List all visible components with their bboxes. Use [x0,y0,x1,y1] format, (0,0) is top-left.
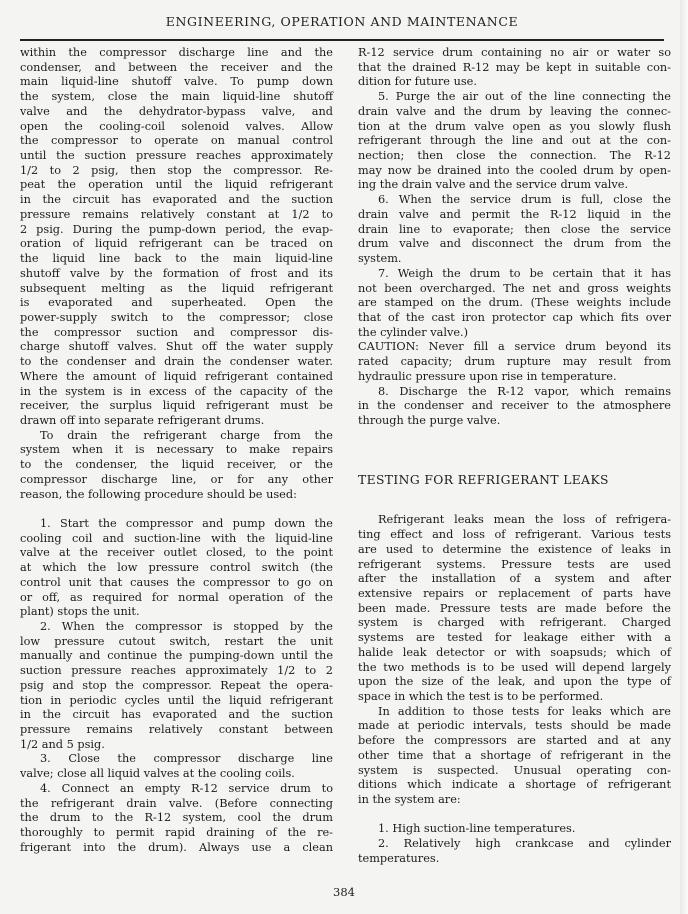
text-line: cooling coil and suction-line with the l… [20,532,333,547]
section-gap [358,487,671,513]
text-line: 1. High suction-line temperatures. [358,822,671,837]
text-line: 3. Close the compressor discharge line [20,752,333,767]
text-line: refrigerant through the line and out at … [358,134,671,149]
text-line: rated capacity; drum rupture may result … [358,355,671,370]
text-line: are stamped on the drum. (These weights … [358,296,671,311]
text-line: in the circuit has evaporated and the su… [20,708,333,723]
text-line: the liquid line back to the main liquid-… [20,252,333,267]
text-line: temperatures. [358,852,671,867]
text-line: thoroughly to permit rapid draining of t… [20,826,333,841]
text-line: reason, the following procedure should b… [20,488,333,503]
text-line: valve at the receiver outlet closed, to … [20,546,333,561]
text-line: ditions which indicate a shortage of ref… [358,778,671,793]
text-line: system when it is necessary to make repa… [20,443,333,458]
text-line: through the purge valve. [358,414,671,429]
text-line: subsequent melting as the liquid refrige… [20,282,333,297]
text-line: the cylinder valve.) [358,326,671,341]
text-line: 1. Start the compressor and pump down th… [20,517,333,532]
text-line: low pressure cutout switch, restart the … [20,635,333,650]
text-line: tion at the drum valve open as you slowl… [358,120,671,135]
text-line: until the suction pressure reaches appro… [20,149,333,164]
text-line: that of the cast iron protector cap whic… [358,311,671,326]
header-rule [20,39,664,41]
page-edge-shadow [680,0,688,914]
text-line: open the cooling-coil solenoid valves. A… [20,120,333,135]
text-line: 1/2 and 5 psig. [20,738,333,753]
text-line: in the system are: [358,793,671,808]
text-line: receiver, the surplus liquid refrigerant… [20,399,333,414]
text-line: other time that a shortage of refrigeran… [358,749,671,764]
text-line: tion in periodic cycles until the liquid… [20,694,333,709]
text-line: 6. When the service drum is full, close … [358,193,671,208]
right-column: R-12 service drum containing no air or w… [358,46,671,867]
text-line: before the compressors are started and a… [358,734,671,749]
text-line: is evaporated and superheated. Open the [20,296,333,311]
text-line: suction pressure reaches approximately 1… [20,664,333,679]
text-line: manually and continue the pumping-down u… [20,649,333,664]
text-line: or off, as required for normal operation… [20,591,333,606]
text-line: CAUTION: Never fill a service drum beyon… [358,340,671,355]
text-line: 7. Weigh the drum to be certain that it … [358,267,671,282]
text-line: the compressor suction and compressor di… [20,326,333,341]
text-line: refrigerant systems. Pressure tests are … [358,558,671,573]
text-line: made at periodic intervals, tests should… [358,719,671,734]
text-line: 5. Purge the air out of the line connect… [358,90,671,105]
text-line: 2 psig. During the pump-down period, the… [20,223,333,238]
section-gap [358,429,671,473]
text-line: ting effect and loss of refrigerant. Var… [358,528,671,543]
text-line: drain valve and permit the R-12 liquid i… [358,208,671,223]
text-line: oration of liquid refrigerant can be tra… [20,237,333,252]
text-line: To drain the refrigerant charge from the [20,429,333,444]
text-line: condenser, and between the receiver and … [20,61,333,76]
text-line: within the compressor discharge line and… [20,46,333,61]
section-heading: TESTING FOR REFRIGERANT LEAKS [358,473,671,488]
running-head: ENGINEERING, OPERATION AND MAINTENANCE [22,14,662,29]
text-line: valve and the dehydrator-bypass valve, a… [20,105,333,120]
text-line: 2. When the compressor is stopped by the [20,620,333,635]
text-line: the system, close the main liquid-line s… [20,90,333,105]
text-line: upon the size of the leak, and upon the … [358,675,671,690]
text-line: in the condenser and receiver to the atm… [358,399,671,414]
text-line: charge shutoff valves. Shut off the wate… [20,340,333,355]
text-line: in the system is in excess of the capaci… [20,385,333,400]
text-line: drain valve and the drum by leaving the … [358,105,671,120]
text-line: compressor discharge line, or for any ot… [20,473,333,488]
text-line: drain line to evaporate; then close the … [358,223,671,238]
text-line: pressure remains relatively constant bet… [20,723,333,738]
text-line: main liquid-line shutoff valve. To pump … [20,75,333,90]
text-line: to the condenser, the liquid receiver, o… [20,458,333,473]
text-line: that the drained R-12 may be kept in sui… [358,61,671,76]
text-line: may now be drained into the cooled drum … [358,164,671,179]
text-line: space in which the test is to be perform… [358,690,671,705]
text-line: drawn off into separate refrigerant drum… [20,414,333,429]
text-line: ing the drain valve and the service drum… [358,178,671,193]
left-column: within the compressor discharge line and… [20,46,333,856]
text-line: at which the low pressure control switch… [20,561,333,576]
text-line: in the circuit has evaporated and the su… [20,193,333,208]
text-line: systems are tested for leakage either wi… [358,631,671,646]
text-line: 1/2 to 2 psig, then stop the compressor.… [20,164,333,179]
text-line: 4. Connect an empty R-12 service drum to [20,782,333,797]
text-line: after the installation of a system and a… [358,572,671,587]
text-line: not been overcharged. The net and gross … [358,282,671,297]
text-line: extensive repairs or replacement of part… [358,587,671,602]
text-line: system is suspected. Unusual operating c… [358,764,671,779]
text-line: shutoff valve by the formation of frost … [20,267,333,282]
text-line: the two methods is to be used will depen… [358,661,671,676]
text-line: the compressor to operate on manual cont… [20,134,333,149]
text-line: Refrigerant leaks mean the loss of refri… [358,513,671,528]
text-line: In addition to those tests for leaks whi… [358,705,671,720]
text-line: been made. Pressure tests are made befor… [358,602,671,617]
paragraph-gap [20,502,333,517]
text-line: pressure remains relatively constant at … [20,208,333,223]
text-line: 2. Relatively high crankcase and cylinde… [358,837,671,852]
text-line: valve; close all liquid valves at the co… [20,767,333,782]
text-line: drum valve and disconnect the drum from … [358,237,671,252]
text-line: 8. Discharge the R-12 vapor, which remai… [358,385,671,400]
text-line: control unit that causes the compressor … [20,576,333,591]
text-line: system. [358,252,671,267]
page-number: 384 [0,885,688,899]
text-line: halide leak detector or with soapsuds; w… [358,646,671,661]
text-line: the drum to the R-12 system, cool the dr… [20,811,333,826]
text-line: peat the operation until the liquid refr… [20,178,333,193]
text-line: to the condenser and drain the condenser… [20,355,333,370]
text-line: hydraulic pressure upon rise in temperat… [358,370,671,385]
paragraph-gap [358,808,671,823]
text-line: power-supply switch to the compressor; c… [20,311,333,326]
text-line: system is charged with refrigerant. Char… [358,616,671,631]
text-line: are used to determine the existence of l… [358,543,671,558]
text-line: Where the amount of liquid refrigerant c… [20,370,333,385]
text-line: plant) stops the unit. [20,605,333,620]
text-line: frigerant into the drum). Always use a c… [20,841,333,856]
text-line: nection; then close the connection. The … [358,149,671,164]
text-line: psig and stop the compressor. Repeat the… [20,679,333,694]
text-line: the refrigerant drain valve. (Before con… [20,797,333,812]
text-line: dition for future use. [358,75,671,90]
text-line: R-12 service drum containing no air or w… [358,46,671,61]
